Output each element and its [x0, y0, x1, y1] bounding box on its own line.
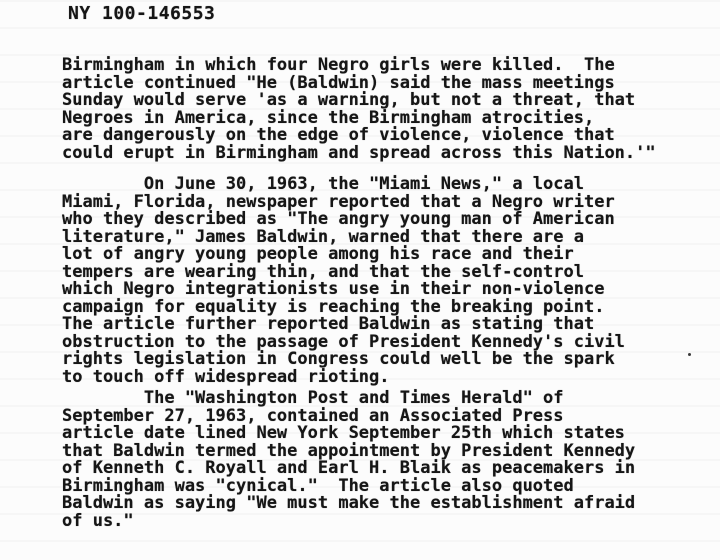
scanned-document-page: NY 100-146553 Birmingham in which four N… — [0, 0, 720, 560]
paragraph-miami-news-article: On June 30, 1963, the "Miami News," a lo… — [62, 176, 625, 386]
scan-speck — [688, 353, 691, 356]
paragraph-birmingham-article: Birmingham in which four Negro girls wer… — [62, 57, 656, 162]
paragraph-washington-post-article: The "Washington Post and Times Herald" o… — [62, 390, 635, 530]
file-number: NY 100-146553 — [68, 4, 215, 24]
